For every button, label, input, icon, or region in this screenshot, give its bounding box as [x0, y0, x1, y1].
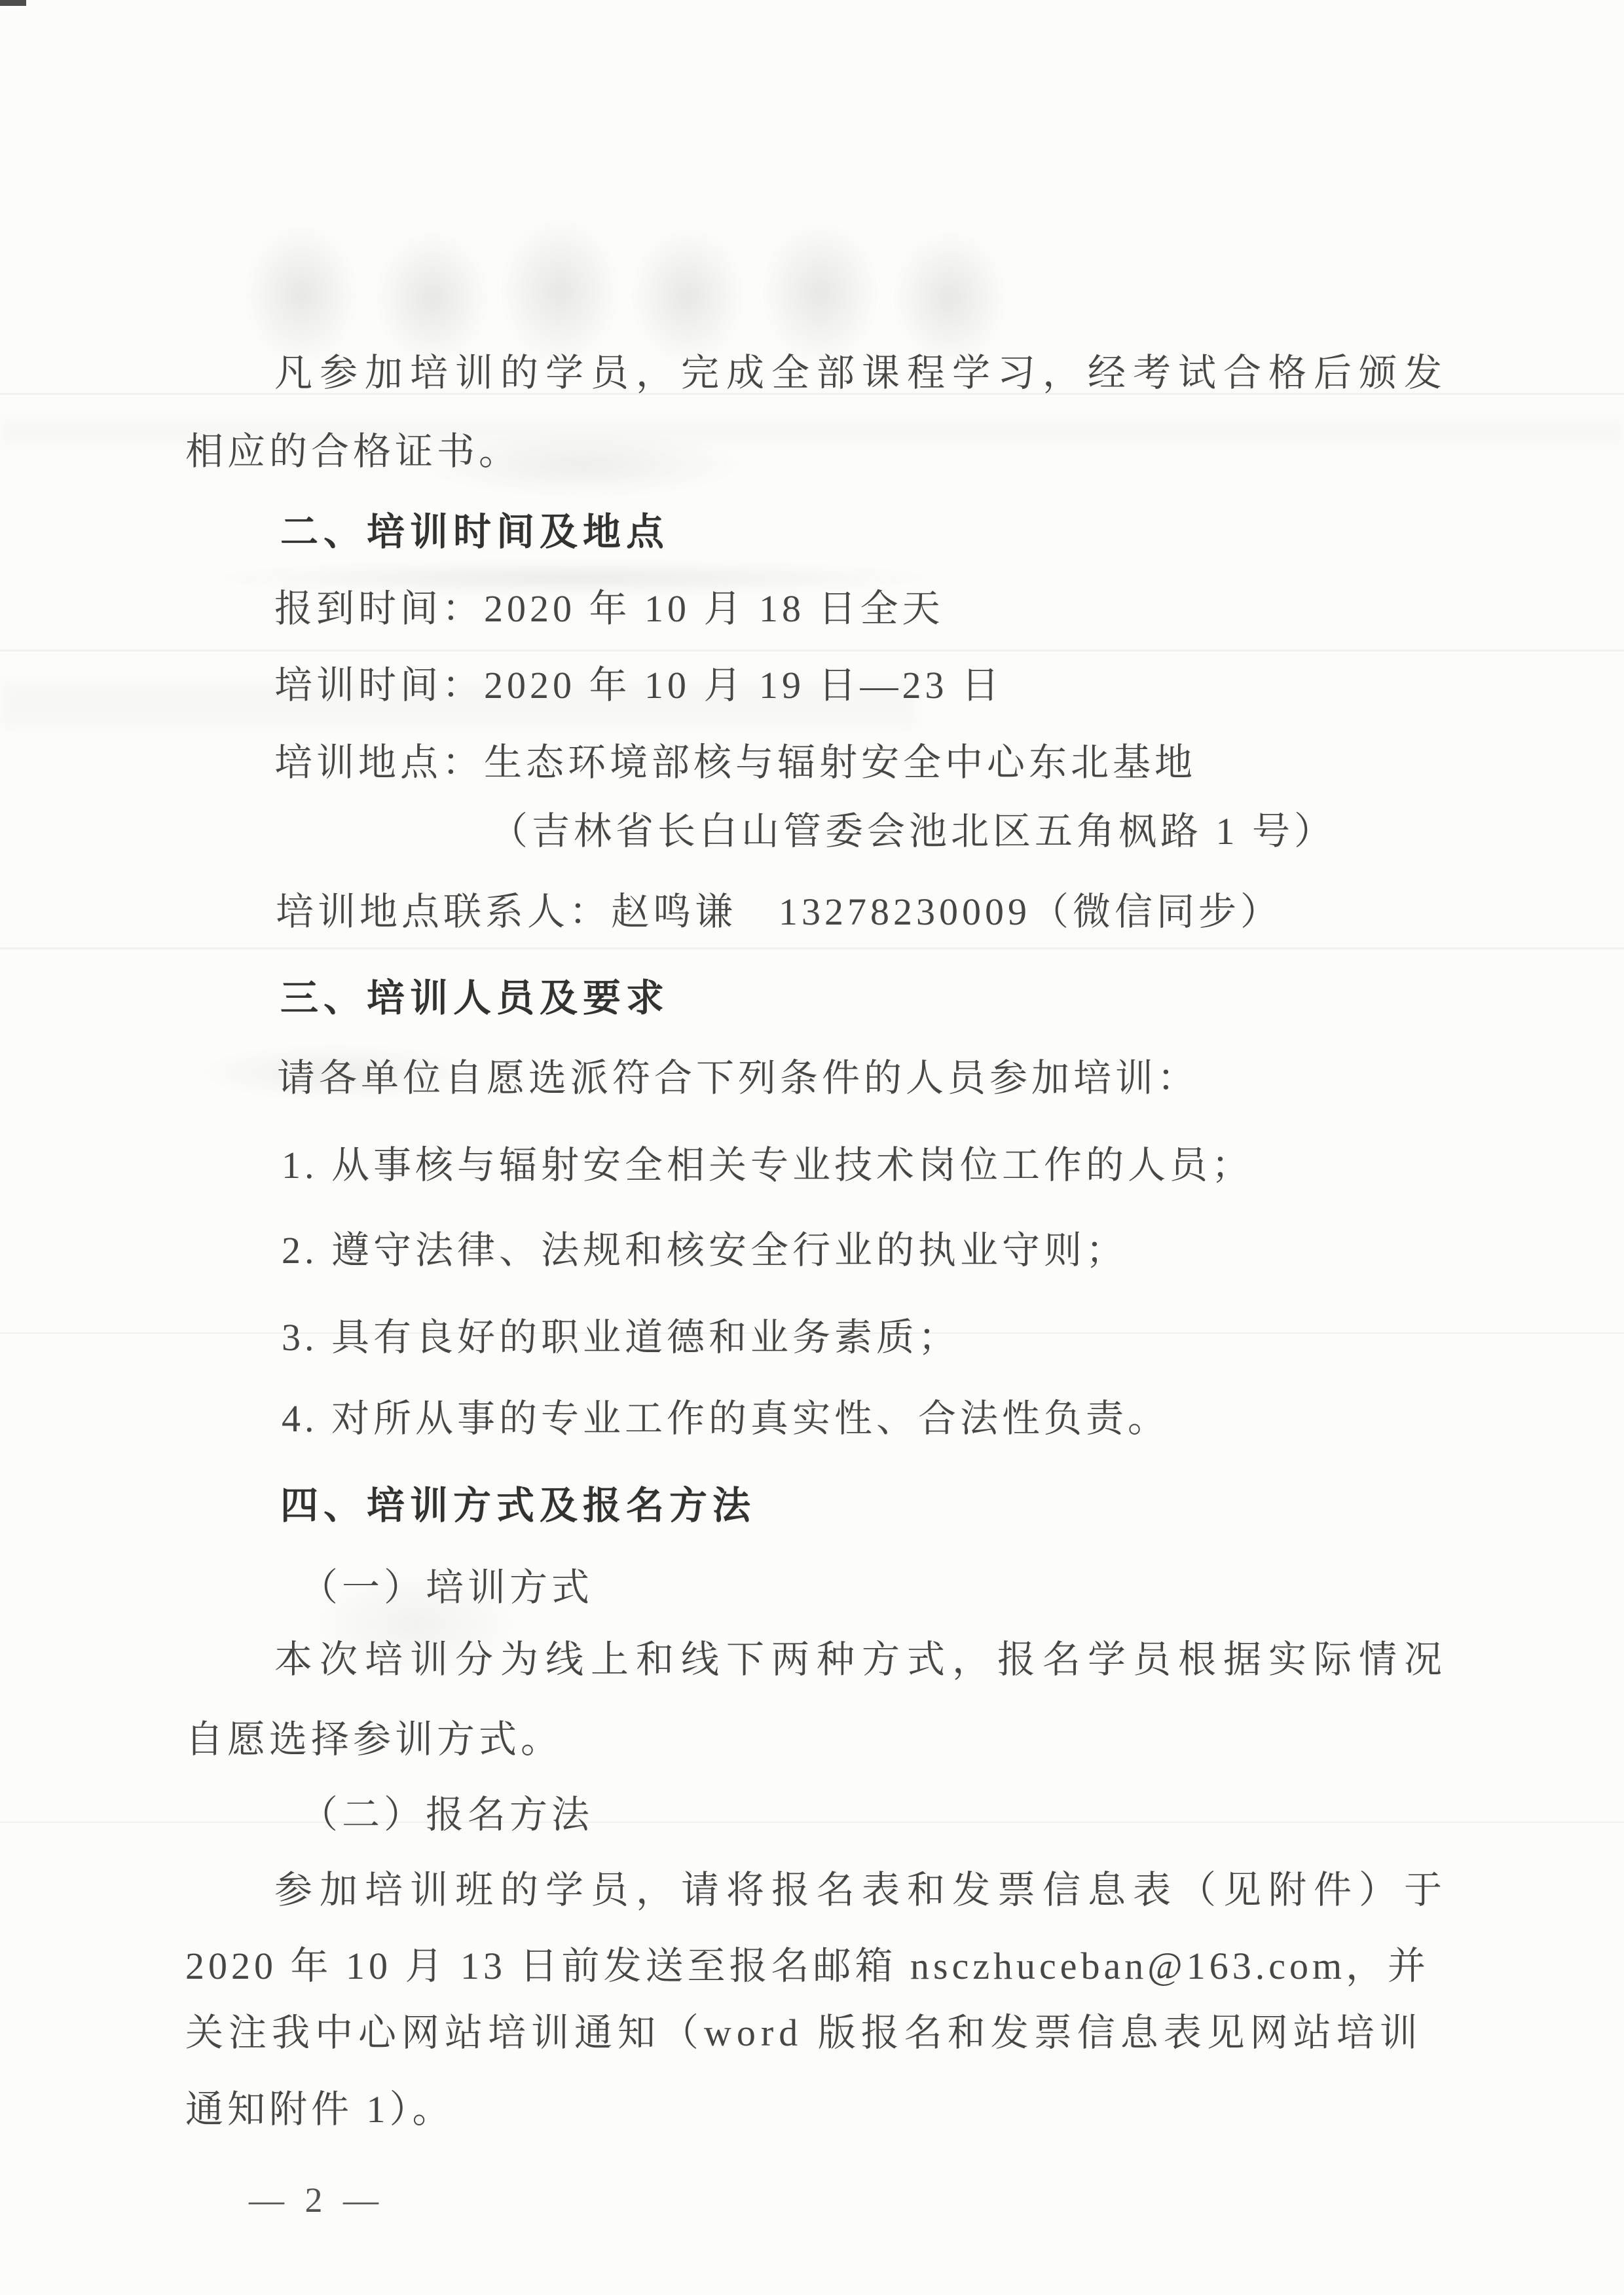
signup-line-1: 参加培训班的学员，请将报名表和发票信息表（见附件）于 — [274, 1867, 1449, 1913]
scan-streak — [0, 1822, 1624, 1823]
training-mode-line-2: 自愿选择参训方式。 — [185, 1717, 563, 1763]
requirement-item-1: 1. 从事核与辐射安全相关专业技术岗位工作的人员； — [282, 1143, 1253, 1188]
signup-line-2: 2020 年 10 月 13 日前发送至报名邮箱 nsczhuceban@163… — [185, 1943, 1430, 1989]
section3-heading: 三、培训人员及要求 — [280, 976, 669, 1021]
requirements-intro-line: 请各单位自愿选派符合下列条件的人员参加培训： — [277, 1056, 1199, 1101]
scan-streak — [0, 650, 1624, 652]
venue-contact-line: 培训地点联系人：赵鸣谦 13278230009（微信同步） — [276, 889, 1282, 935]
training-venue-line: 培训地点：生态环境部核与辐射安全中心东北基地 — [274, 740, 1196, 786]
bleedthrough-mark — [373, 229, 491, 367]
training-mode-line-1: 本次培训分为线上和线下两种方式，报名学员根据实际情况 — [274, 1637, 1449, 1683]
scan-corner-artifact — [0, 0, 26, 6]
page-number: — 2 — — [249, 2177, 384, 2223]
requirement-item-3: 3. 具有良好的职业道德和业务素质； — [282, 1315, 960, 1361]
intro-line-2: 相应的合格证书。 — [185, 429, 521, 475]
bleedthrough-mark — [242, 223, 360, 367]
subsection-1-heading: （一）培训方式 — [300, 1565, 593, 1611]
signup-line-4: 通知附件 1）。 — [185, 2087, 454, 2133]
requirement-item-2: 2. 遵守法律、法规和核安全行业的执业守则； — [282, 1228, 1128, 1274]
bleedthrough-mark — [498, 216, 622, 367]
scan-streak — [0, 947, 1624, 949]
signup-line-3: 关注我中心网站培训通知（word 版报名和发票信息表见网站培训 — [185, 2010, 1423, 2056]
document-page: 凡参加培训的学员，完成全部课程学习，经考试合格后颁发 相应的合格证书。 二、培训… — [0, 0, 1624, 2295]
training-time-line: 培训时间：2020 年 10 月 19 日—23 日 — [274, 663, 1003, 708]
requirement-item-4: 4. 对所从事的专业工作的真实性、合法性负责。 — [282, 1396, 1170, 1442]
intro-line-1: 凡参加培训的学员，完成全部课程学习，经考试合格后颁发 — [274, 350, 1449, 396]
subsection-2-heading: （二）报名方法 — [300, 1792, 593, 1838]
bleedthrough-mark — [629, 226, 747, 367]
checkin-time-line: 报到时间：2020 年 10 月 18 日全天 — [274, 586, 944, 632]
section2-heading: 二、培训时间及地点 — [280, 509, 669, 555]
bleedthrough-mark — [760, 219, 881, 367]
section4-heading: 四、培训方式及报名方法 — [280, 1483, 756, 1529]
bleedthrough-mark — [891, 229, 1008, 367]
venue-address-line: （吉林省长白山管委会池北区五角枫路 1 号） — [490, 809, 1336, 854]
